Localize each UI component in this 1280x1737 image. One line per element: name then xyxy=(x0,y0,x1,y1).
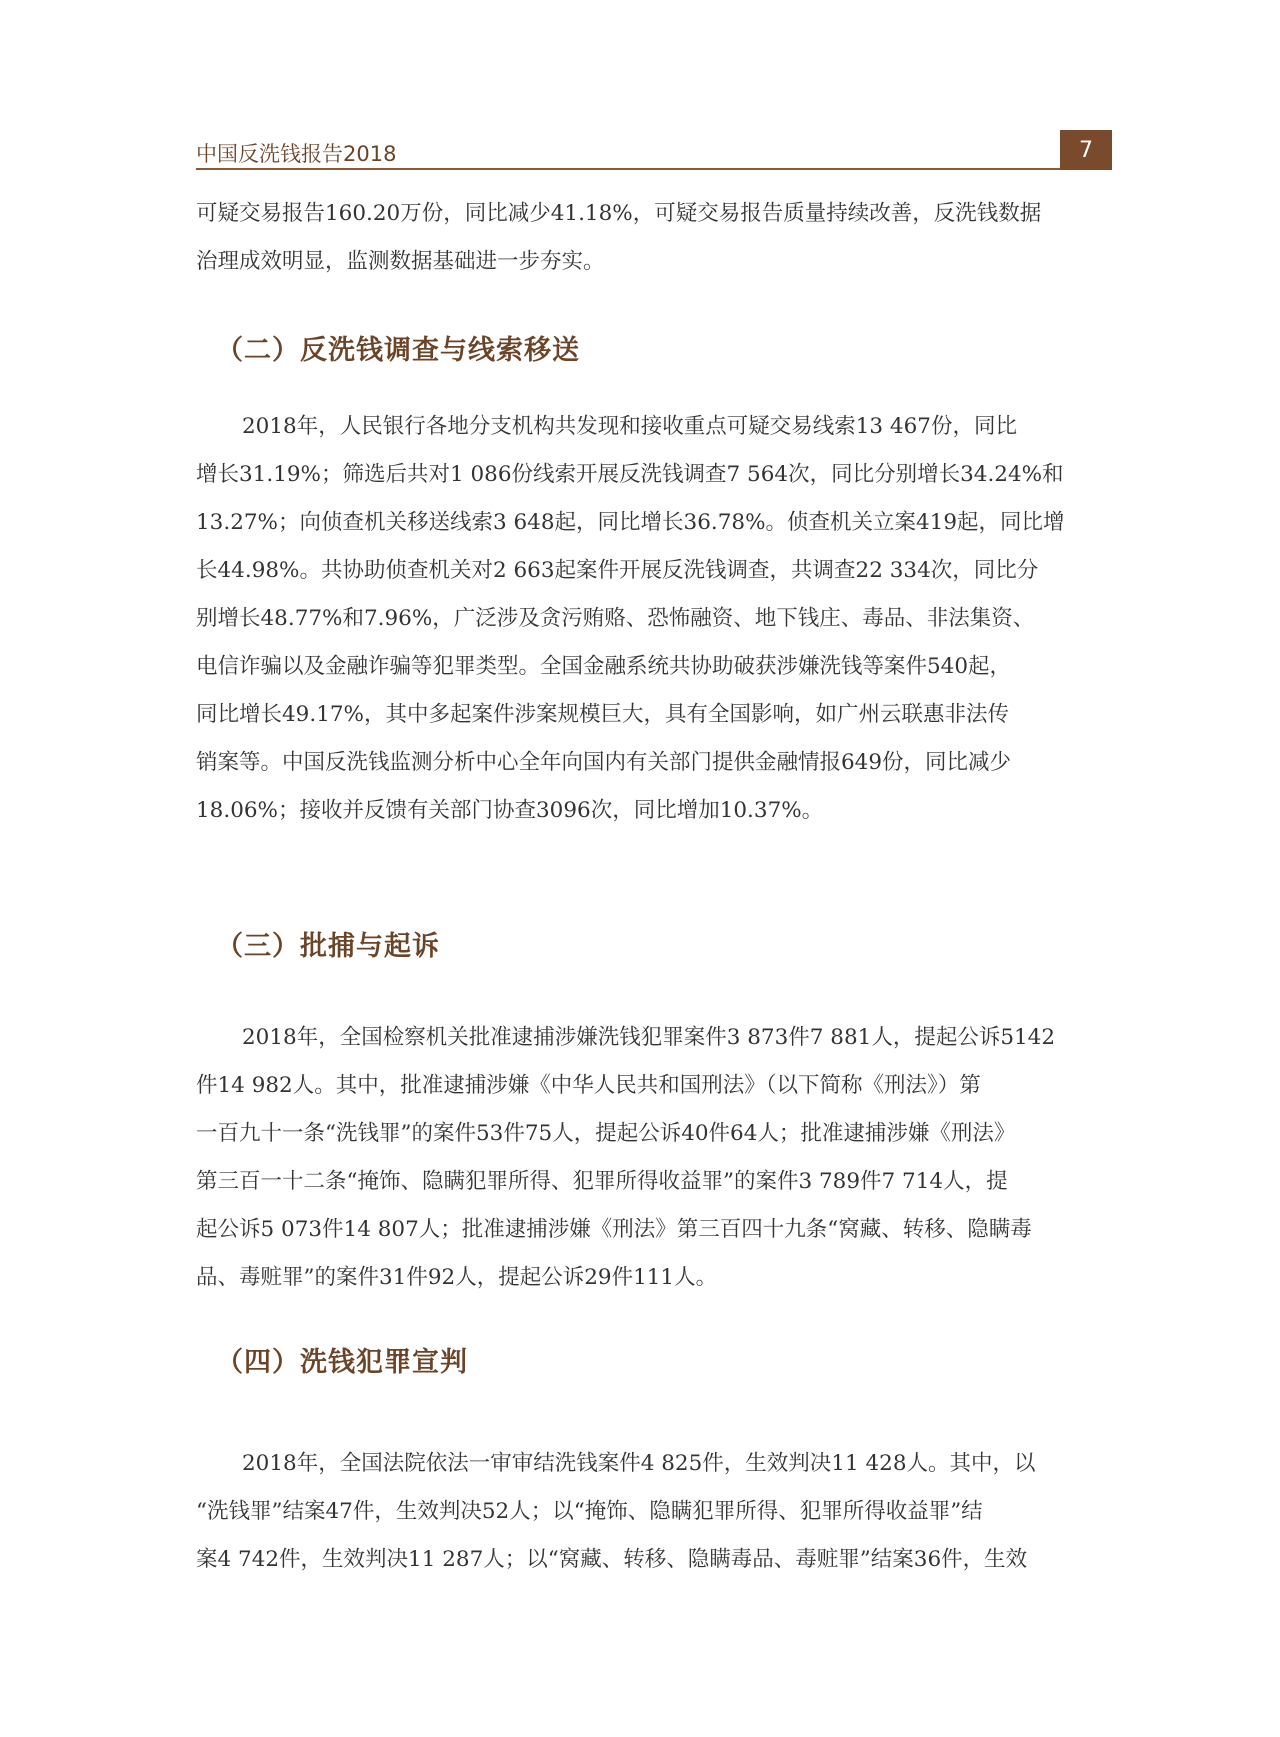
page-number: 7 xyxy=(1079,138,1093,163)
text-line: 案4 742件，生效判决11 287人；以“窝藏、转移、隐瞒毒品、毒赃罪”结案3… xyxy=(196,1536,1112,1584)
text-line: 别增长48.77%和7.96%，广泛涉及贪污贿赂、恐怖融资、地下钱庄、毒品、非法… xyxy=(196,595,1112,643)
running-header: 中国反洗钱报告2018 7 xyxy=(196,130,1112,170)
text-line: 起公诉5 073件14 807人；批准逮捕涉嫌《刑法》第三百四十九条“窝藏、转移… xyxy=(196,1206,1112,1254)
section-paragraph-arrest-prosecution: 2018年，全国检察机关批准逮捕涉嫌洗钱犯罪案件3 873件7 881人，提起公… xyxy=(196,1014,1112,1302)
text-line: 销案等。中国反洗钱监测分析中心全年向国内有关部门提供金融情报649份，同比减少 xyxy=(196,739,1112,787)
text-line: 2018年，全国法院依法一审审结洗钱案件4 825件，生效判决11 428人。其… xyxy=(196,1440,1112,1488)
text-line: 第三百一十二条“掩饰、隐瞒犯罪所得、犯罪所得收益罪”的案件3 789件7 714… xyxy=(196,1158,1112,1206)
text-line: 2018年，全国检察机关批准逮捕涉嫌洗钱犯罪案件3 873件7 881人，提起公… xyxy=(196,1014,1112,1062)
text-line: 电信诈骗以及金融诈骗等犯罪类型。全国金融系统共协助破获涉嫌洗钱等案件540起， xyxy=(196,643,1112,691)
text-line: 13.27%；向侦查机关移送线索3 648起，同比增长36.78%。侦查机关立案… xyxy=(196,499,1112,547)
report-title: 中国反洗钱报告2018 xyxy=(196,138,396,168)
text-line: 18.06%；接收并反馈有关部门协查3096次，同比增加10.37%。 xyxy=(196,787,1112,835)
text-line: 治理成效明显，监测数据基础进一步夯实。 xyxy=(196,238,1112,286)
text-line: 件14 982人。其中，批准逮捕涉嫌《中华人民共和国刑法》（以下简称《刑法》）第 xyxy=(196,1062,1112,1110)
section-heading-investigation: （二）反洗钱调查与线索移送 xyxy=(216,328,580,367)
section-heading-arrest-prosecution: （三）批捕与起诉 xyxy=(216,924,440,963)
text-line: 一百九十一条“洗钱罪”的案件53件75人，提起公诉40件64人；批准逮捕涉嫌《刑… xyxy=(196,1110,1112,1158)
text-line: “洗钱罪”结案47件，生效判决52人；以“掩饰、隐瞒犯罪所得、犯罪所得收益罪”结 xyxy=(196,1488,1112,1536)
section-heading-sentencing: （四）洗钱犯罪宣判 xyxy=(216,1340,468,1379)
intro-paragraph: 可疑交易报告160.20万份，同比减少41.18%，可疑交易报告质量持续改善，反… xyxy=(196,190,1112,286)
page-number-badge: 7 xyxy=(1060,130,1112,170)
text-line: 2018年，人民银行各地分支机构共发现和接收重点可疑交易线索13 467份，同比 xyxy=(196,403,1112,451)
text-line: 可疑交易报告160.20万份，同比减少41.18%，可疑交易报告质量持续改善，反… xyxy=(196,190,1112,238)
section-paragraph-investigation: 2018年，人民银行各地分支机构共发现和接收重点可疑交易线索13 467份，同比… xyxy=(196,403,1112,835)
text-line: 长44.98%。共协助侦查机关对2 663起案件开展反洗钱调查，共调查22 33… xyxy=(196,547,1112,595)
text-line: 增长31.19%；筛选后共对1 086份线索开展反洗钱调查7 564次，同比分别… xyxy=(196,451,1112,499)
header-divider xyxy=(196,168,1112,170)
text-line: 品、毒赃罪”的案件31件92人，提起公诉29件111人。 xyxy=(196,1254,1112,1302)
text-line: 同比增长49.17%，其中多起案件涉案规模巨大，具有全国影响，如广州云联惠非法传 xyxy=(196,691,1112,739)
section-paragraph-sentencing: 2018年，全国法院依法一审审结洗钱案件4 825件，生效判决11 428人。其… xyxy=(196,1440,1112,1584)
